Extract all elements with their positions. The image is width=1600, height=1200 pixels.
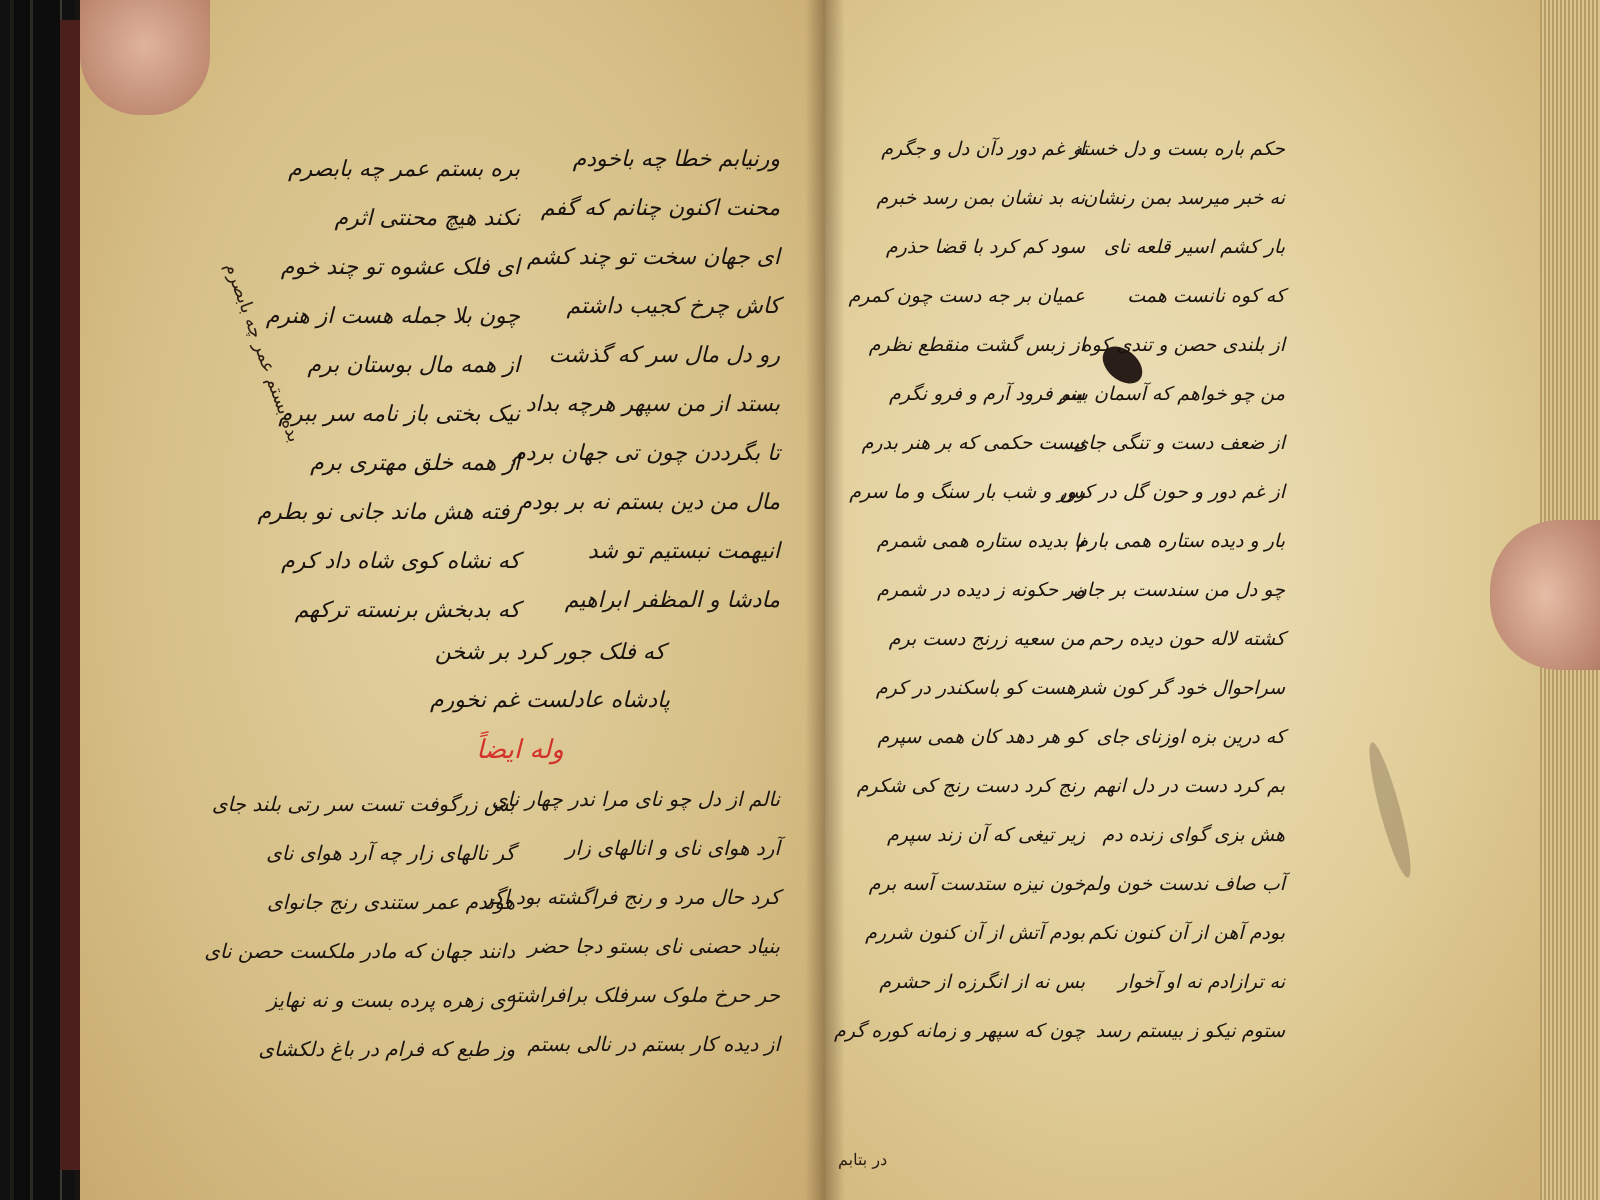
verse-line: گر نالهای زار چه آرد هوای نای xyxy=(285,829,515,878)
verse-line: آب صاف ندست خون ولم xyxy=(1095,860,1285,909)
verse-line: وز طبع که فرام در باغ دلکشای xyxy=(285,1025,515,1074)
verse-line: هش بزی گوای زنده دم xyxy=(1095,811,1285,860)
verse-line: زیر تیغی که آن زند سپرم xyxy=(870,811,1085,860)
verse-line: نه خبر میرسد بمن رنشان xyxy=(1095,174,1285,223)
verse-line: از غم دور دآن دل و جگرم xyxy=(870,125,1085,174)
verse-line: رور و شب بار سنگ و ما سرم xyxy=(870,468,1085,517)
verse-line: رفته هش ماند جانی نو بطرم xyxy=(315,488,520,537)
verse-line: بار کشم اسیر قلعه نای xyxy=(1095,223,1285,272)
left-page-lower-col-right: نالم از دل چو نای مرا ندر چهار نای آرد ه… xyxy=(520,775,780,1069)
verse-line: نالم از دل چو نای مرا ندر چهار نای xyxy=(520,775,780,824)
verse-line: کو هر دهد کان همی سپرم xyxy=(870,713,1085,762)
verse-line: بستد از من سپهر هرچه بداد xyxy=(520,380,780,429)
verse-line: نیست حکمی که بر هنر بدرم xyxy=(870,419,1085,468)
verse-line: نه ترازادم نه او آخوار xyxy=(1095,958,1285,1007)
verse-line: کرد حال مرد و رنج فراگشته بود اگر xyxy=(520,873,780,922)
verse-line: انیهمت نبستیم تو شد xyxy=(520,527,780,576)
verse-line: از غم دور و حون گل در کس xyxy=(1095,468,1285,517)
verse-line: چو دل من سندست بر جان xyxy=(1095,566,1285,615)
center-line: که فلک جور کرد بر شخن xyxy=(420,640,680,665)
verse-line: ای فلک عشوه تو چند خوم xyxy=(315,243,520,292)
right-page-col-left: از غم دور دآن دل و جگرم نه بد نشان بمن ر… xyxy=(870,125,1085,1056)
right-page-col-right: حکم باره بست و دل خسته نه خبر میرسد بمن … xyxy=(1095,125,1285,1056)
verse-line: کشته لاله حون دیده رحم xyxy=(1095,615,1285,664)
verse-line: آرد هوای نای و انالهای زار xyxy=(520,824,780,873)
verse-line: از زبس گشت منقطع نظرم xyxy=(870,321,1085,370)
verse-line: از همه خلق مهتری برم xyxy=(315,439,520,488)
verse-line: که نشاه کوی شاه داد کرم xyxy=(315,537,520,586)
rubric-heading: وله ایضاً xyxy=(420,735,620,765)
verse-line: سراحوال خود گر کون شد xyxy=(1095,664,1285,713)
verse-line: کاش چرخ کجیب داشتم xyxy=(520,282,780,331)
verse-line: از بلندی حصن و تندی کوه xyxy=(1095,321,1285,370)
verse-line: از همه مال بوستان برم xyxy=(315,341,520,390)
verse-line: سود کم کرد با قضا حذرم xyxy=(870,223,1085,272)
left-page-col-left: بره بستم عمر چه بابصرم نکند هیچ محنتی اث… xyxy=(315,145,520,635)
verse-line: نه بد نشان بمن رسد خبرم xyxy=(870,174,1085,223)
verse-line: مال من دین بستم نه بر بودم xyxy=(520,478,780,527)
center-line: پادشاه عادلست غم نخورم xyxy=(420,688,680,713)
verse-line: من سعیه زرنج دست برم xyxy=(870,615,1085,664)
verse-line: حکم باره بست و دل خسته xyxy=(1095,125,1285,174)
verse-line: خون نیزه ستدست آسه برم xyxy=(870,860,1085,909)
verse-line: بودم آتش از آن کنون شررم xyxy=(870,909,1085,958)
verse-line: نا بدیده ستاره همی شمرم xyxy=(870,517,1085,566)
verse-line: مر حکونه ز دیده در شمرم xyxy=(870,566,1085,615)
verse-line: هوندم عمر ستندی رنج جانوای xyxy=(285,878,515,927)
left-page-lower-col-left: بس زرگوفت تست سر رتی بلند جای گر نالهای … xyxy=(285,780,515,1074)
verse-line: رهست کو باسکندر در کرم xyxy=(870,664,1085,713)
verse-line: از ضعف دست و تنگی جای xyxy=(1095,419,1285,468)
verse-line: بم کرد دست در دل انهم xyxy=(1095,762,1285,811)
verse-line: که درین بزه اوزنای جای xyxy=(1095,713,1285,762)
thumb-top xyxy=(80,0,210,115)
verse-line: ستوم نیکو ز بیستم رسد xyxy=(1095,1007,1285,1056)
verse-line: زی زهره پرده بست و نه نهایز xyxy=(285,976,515,1025)
verse-line: که بدبخش برنسته ترکهم xyxy=(315,586,520,635)
verse-line: تا بگرددن چون تی جهان بردم xyxy=(520,429,780,478)
verse-line: نکند هیچ محنتی اثرم xyxy=(315,194,520,243)
verse-line: رنج کرد دست رنج کی شکرم xyxy=(870,762,1085,811)
verse-line: از دیده کار بستم در نالی بستم xyxy=(520,1020,780,1069)
verse-line: ورنیابم خطا چه باخودم xyxy=(520,135,780,184)
verse-line: نیک بختی باز نامه سر ببرم xyxy=(315,390,520,439)
verse-line: دانند جهان که مادر ملکست حصن نای xyxy=(285,927,515,976)
verse-line: بنیاد حصنی نای بستو دجا حضر xyxy=(520,922,780,971)
verse-line: محنت اکنون چنانم که گفم xyxy=(520,184,780,233)
verse-line: حر حرخ ملوک سرفلک برافراشته xyxy=(520,971,780,1020)
verse-line: مادشا و المظفر ابراهیم xyxy=(520,576,780,625)
verse-line: ای جهان سخت تو چند کشم xyxy=(520,233,780,282)
verse-line: سر فرود آرم و فرو نگرم xyxy=(870,370,1085,419)
verse-line: بس زرگوفت تست سر رتی بلند جای xyxy=(285,780,515,829)
verse-line: بس نه از انگرزه از حشرم xyxy=(870,958,1085,1007)
verse-line: که کوه نانست همت xyxy=(1095,272,1285,321)
left-page-col-right: ورنیابم خطا چه باخودم محنت اکنون چنانم ک… xyxy=(520,135,780,625)
verse-line: چون بلا جمله هست از هنرم xyxy=(315,292,520,341)
verse-line: من چو خواهم که آسمان بینم xyxy=(1095,370,1285,419)
verse-line: بار و دیده ستاره همی بارم xyxy=(1095,517,1285,566)
verse-line: رو دل مال سر که گذشت xyxy=(520,331,780,380)
verse-line: چون که سپهر و زمانه کوره گرم xyxy=(870,1007,1085,1056)
verse-line: بودم آهن از آن کنون نکم xyxy=(1095,909,1285,958)
catchword: در بتابم xyxy=(838,1150,887,1169)
verse-line: عمیان بر جه دست چون کمرم xyxy=(870,272,1085,321)
verse-line: بره بستم عمر چه بابصرم xyxy=(315,145,520,194)
